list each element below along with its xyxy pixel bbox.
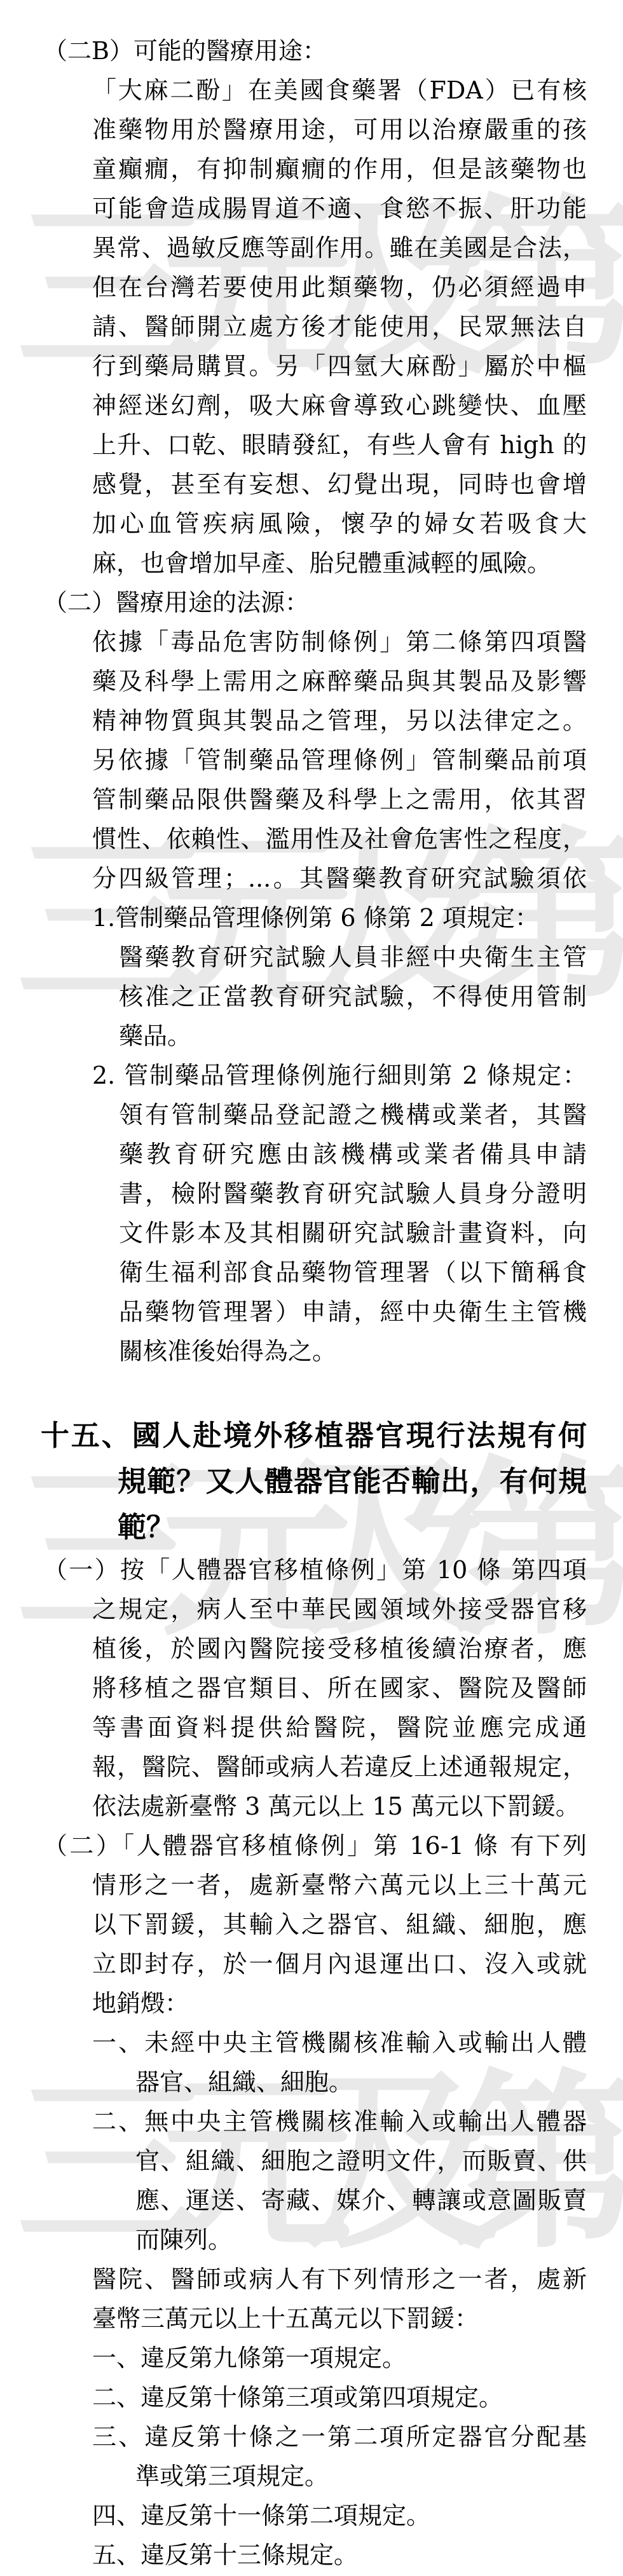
document-line: 一、未經中央主管機關核准輸入或輸出人體 <box>92 2023 587 2062</box>
document-line: 品藥物管理署）申請，經中央衛生主管機 <box>119 1292 587 1332</box>
document-line: 官、組織、細胞之證明文件，而販賣、供 <box>135 2141 587 2181</box>
document-line: （二B）可能的醫療用途： <box>43 31 587 71</box>
document-line: 1.管制藥品管理條例第 6 條第 2 項規定： <box>92 898 587 937</box>
document-line: 神經迷幻劑，吸大麻會導致心跳變快、血壓 <box>92 386 587 425</box>
document-line: 准藥物用於醫療用途，可用以治療嚴重的孩 <box>92 110 587 149</box>
document-line: （一）按「人體器官移植條例」第 10 條 第四項 <box>43 1550 587 1590</box>
document-line: 三、違反第十條之一第二項所定器官分配基 <box>92 2417 587 2457</box>
document-line: 請、醫師開立處方後才能使用，民眾無法自 <box>92 307 587 346</box>
document-line: 領有管制藥品登記證之機構或業者，其醫 <box>119 1095 587 1135</box>
document-line: 感覺，甚至有妄想、幻覺出現，同時也會增 <box>92 465 587 504</box>
document-line: 依法處新臺幣 3 萬元以上 15 萬元以下罰鍰。 <box>92 1787 587 1826</box>
document-line: 「大麻二酚」在美國食藥署（FDA）已有核 <box>92 71 587 110</box>
document-line: 但在台灣若要使用此類藥物，仍必須經過申 <box>92 268 587 307</box>
document-line: 四、違反第十一條第二項規定。 <box>92 2496 587 2535</box>
document-line: 上升、口乾、眼睛發紅，有些人會有 high 的 <box>92 425 587 465</box>
document-line: 一、違反第九條第一項規定。 <box>92 2338 587 2378</box>
document-line: 2. 管制藥品管理條例施行細則第 2 條規定： <box>92 1056 587 1095</box>
section-heading-line: 規範？又人體器官能否輸出，有何規 <box>118 1459 587 1504</box>
document-line: 慣性、依賴性、濫用性及社會危害性之程度， <box>92 819 587 859</box>
document-line: 異常、過敏反應等副作用。雖在美國是合法， <box>92 228 587 268</box>
document-line: 關核准後始得為之。 <box>119 1332 587 1371</box>
document-line: 藥及科學上需用之麻醉藥品與其製品及影響 <box>92 662 587 701</box>
document-line: 立即封存，於一個月內退運出口、沒入或就 <box>92 1944 587 1984</box>
document-line: 書，檢附醫藥教育研究試驗人員身分證明 <box>119 1174 587 1213</box>
document-line: 地銷燬： <box>92 1984 587 2023</box>
document-line: 二、違反第十條第三項或第四項規定。 <box>92 2378 587 2417</box>
document-line: 行到藥局購買。另「四氫大麻酚」屬於中樞 <box>92 346 587 386</box>
document-line: 衛生福利部食品藥物管理署（以下簡稱食 <box>119 1253 587 1292</box>
document-line: 應、運送、寄藏、媒介、轉讓或意圖販賣 <box>135 2181 587 2220</box>
document-line: 精神物質與其製品之管理，另以法律定之。 <box>92 701 587 740</box>
document-line: 管制藥品限供醫藥及科學上之需用，依其習 <box>92 780 587 819</box>
document-line: 將移植之器官類目、所在國家、醫院及醫師 <box>92 1668 587 1708</box>
document-line: 準或第三項規定。 <box>135 2457 587 2496</box>
document-line: 依據「毒品危害防制條例」第二條第四項醫 <box>92 622 587 662</box>
document-line: 報，醫院、醫師或病人若違反上述通報規定， <box>92 1747 587 1787</box>
document-line: 另依據「管制藥品管理條例」管制藥品前項 <box>92 740 587 780</box>
document-line: 以下罰鍰，其輸入之器官、組織、細胞，應 <box>92 1905 587 1944</box>
document-line: 藥教育研究應由該機構或業者備具申請 <box>119 1135 587 1174</box>
document-line: 加心血管疾病風險，懷孕的婦女若吸食大 <box>92 504 587 543</box>
document-line: （二）醫療用途的法源： <box>43 583 587 622</box>
document-page: 三元及第三元及第三元及第三元及第 （二B）可能的醫療用途：「大麻二酚」在美國食藥… <box>0 0 623 2576</box>
document-line: 情形之一者，處新臺幣六萬元以上三十萬元 <box>92 1865 587 1905</box>
document-line: 器官、組織、細胞。 <box>135 2062 587 2102</box>
document-line: 之規定，病人至中華民國領域外接受器官移 <box>92 1590 587 1629</box>
section-heading-line: 範？ <box>118 1504 587 1550</box>
document-line: 等書面資料提供給醫院，醫院並應完成通 <box>92 1708 587 1747</box>
document-line: 可能會造成腸胃道不適、食慾不振、肝功能 <box>92 189 587 228</box>
document-line: 麻，也會增加早產、胎兒體重減輕的風險。 <box>92 543 587 583</box>
document-line: 藥品。 <box>119 1016 587 1056</box>
document-line: 醫院、醫師或病人有下列情形之一者，處新 <box>92 2259 587 2299</box>
document-line: 五、違反第十三條規定。 <box>92 2535 587 2575</box>
section-heading-line: 十五、國人赴境外移植器官現行法規有何 <box>41 1413 587 1459</box>
document-content: （二B）可能的醫療用途：「大麻二酚」在美國食藥署（FDA）已有核准藥物用於醫療用… <box>43 0 587 2575</box>
document-line: 分四級管理；...。其醫藥教育研究試驗須依 <box>92 859 587 898</box>
document-line: （二）「人體器官移植條例」第 16-1 條 有下列 <box>43 1826 587 1865</box>
document-line: 植後，於國內醫院接受移植後續治療者，應 <box>92 1629 587 1668</box>
document-line: 而陳列。 <box>135 2220 587 2259</box>
document-line: 臺幣三萬元以上十五萬元以下罰鍰： <box>92 2299 587 2338</box>
document-line: 醫藥教育研究試驗人員非經中央衛生主管 <box>119 937 587 977</box>
document-line: 核准之正當教育研究試驗，不得使用管制 <box>119 977 587 1016</box>
document-line: 文件影本及其相關研究試驗計畫資料，向 <box>119 1213 587 1253</box>
document-line: 二、無中央主管機關核准輸入或輸出人體器 <box>92 2102 587 2141</box>
document-line: 童癲癇，有抑制癲癇的作用，但是該藥物也 <box>92 149 587 189</box>
